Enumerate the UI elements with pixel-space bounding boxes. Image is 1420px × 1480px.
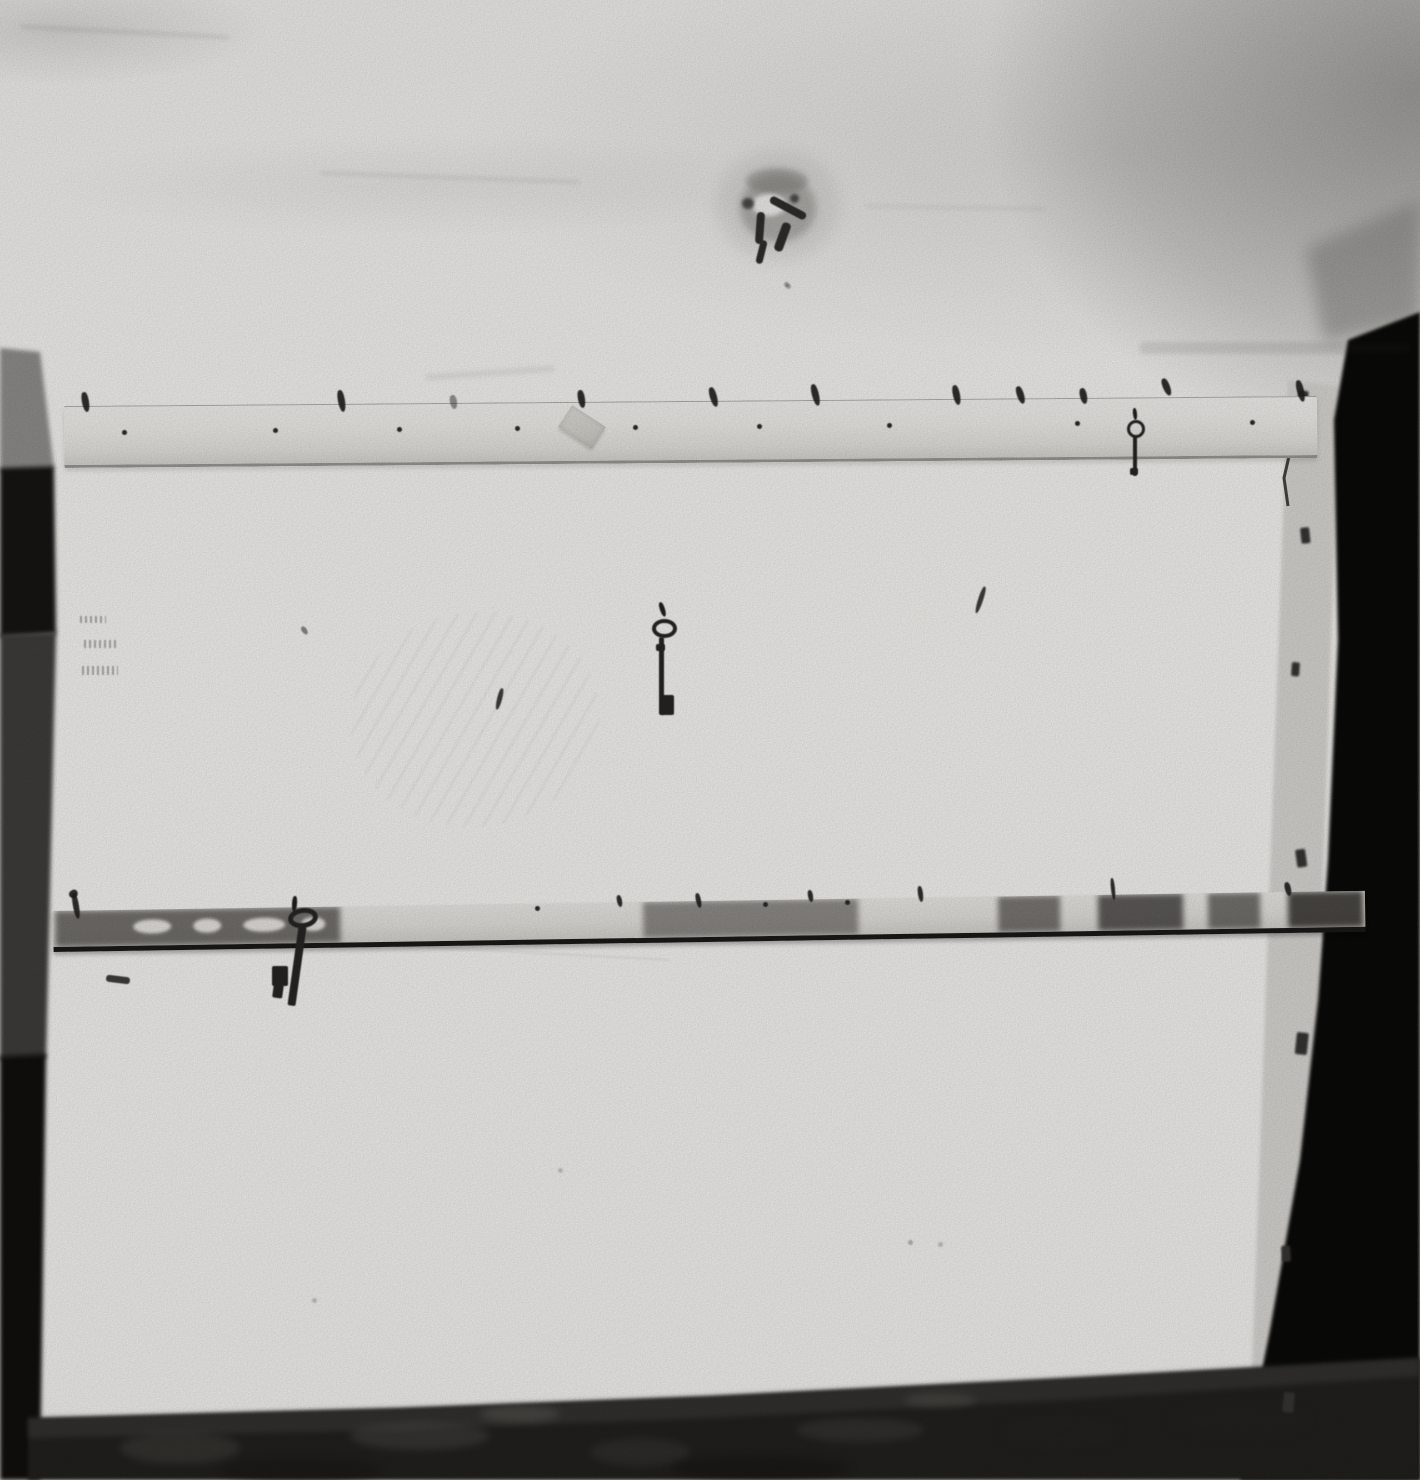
nail-dot xyxy=(397,427,402,432)
rail-weathering-stain xyxy=(1288,891,1364,928)
skeleton-key-lower-rail-foot xyxy=(272,983,284,998)
nail-dot xyxy=(757,424,762,429)
nail-dot xyxy=(763,902,768,907)
board-stain xyxy=(1291,662,1300,677)
wall-speck xyxy=(312,1298,317,1303)
ceiling-streak xyxy=(1140,342,1410,354)
left-door-edge-segment-3 xyxy=(0,1054,46,1480)
floor-mottle xyxy=(904,1393,976,1407)
skeleton-key-upper-rail-bit xyxy=(1130,468,1138,475)
nail-dot xyxy=(535,906,540,911)
floor-mottle xyxy=(350,1422,490,1450)
wall-speck xyxy=(908,1240,913,1245)
rail-weathering-stain xyxy=(643,899,859,938)
rail-weathering-stain xyxy=(1098,894,1184,931)
rail-weathering-stain xyxy=(998,896,1061,933)
wall-speck xyxy=(938,1242,943,1247)
nail-dot xyxy=(887,423,892,428)
wall-speck xyxy=(558,1168,563,1173)
floor-mottle xyxy=(670,1456,850,1480)
pencil-scribble xyxy=(84,640,116,648)
nail-dot xyxy=(273,428,278,433)
skeleton-key-center-bit xyxy=(661,695,674,715)
nail-dot xyxy=(515,426,520,431)
background-shapes xyxy=(0,0,1420,1480)
nail-dot xyxy=(1250,420,1255,425)
skeleton-key-center-bow xyxy=(652,619,677,638)
board-stain xyxy=(1300,527,1311,544)
wire-hole-cap xyxy=(746,168,808,194)
board-stain xyxy=(1282,1392,1295,1413)
floor-mottle xyxy=(480,1406,560,1422)
nail-dot xyxy=(1075,421,1080,426)
board-stain xyxy=(1295,1032,1309,1055)
rail-weathering-stain xyxy=(1208,892,1261,929)
nail-dot xyxy=(845,900,850,905)
floor-mottle xyxy=(590,1438,690,1466)
nail-dot xyxy=(633,425,638,430)
nail-dot xyxy=(122,430,127,435)
wire-hole-dark-spot xyxy=(790,194,799,203)
left-door-edge-segment-1 xyxy=(0,466,56,638)
left-door-edge-segment-2 xyxy=(0,632,56,1060)
pencil-scribble xyxy=(82,666,118,675)
wire-hole-dark-spot xyxy=(742,198,754,209)
floor-mottle xyxy=(796,1418,924,1442)
floor-mottle xyxy=(120,1432,240,1464)
wall-speck xyxy=(786,284,791,289)
skeleton-key-center-collar xyxy=(656,644,665,651)
left-door-edge-segment-0 xyxy=(0,348,54,472)
floor-mottle xyxy=(1000,1416,1120,1448)
pencil-scribble xyxy=(80,616,106,623)
board-stain xyxy=(1281,1245,1291,1262)
photo xyxy=(0,0,1420,1480)
